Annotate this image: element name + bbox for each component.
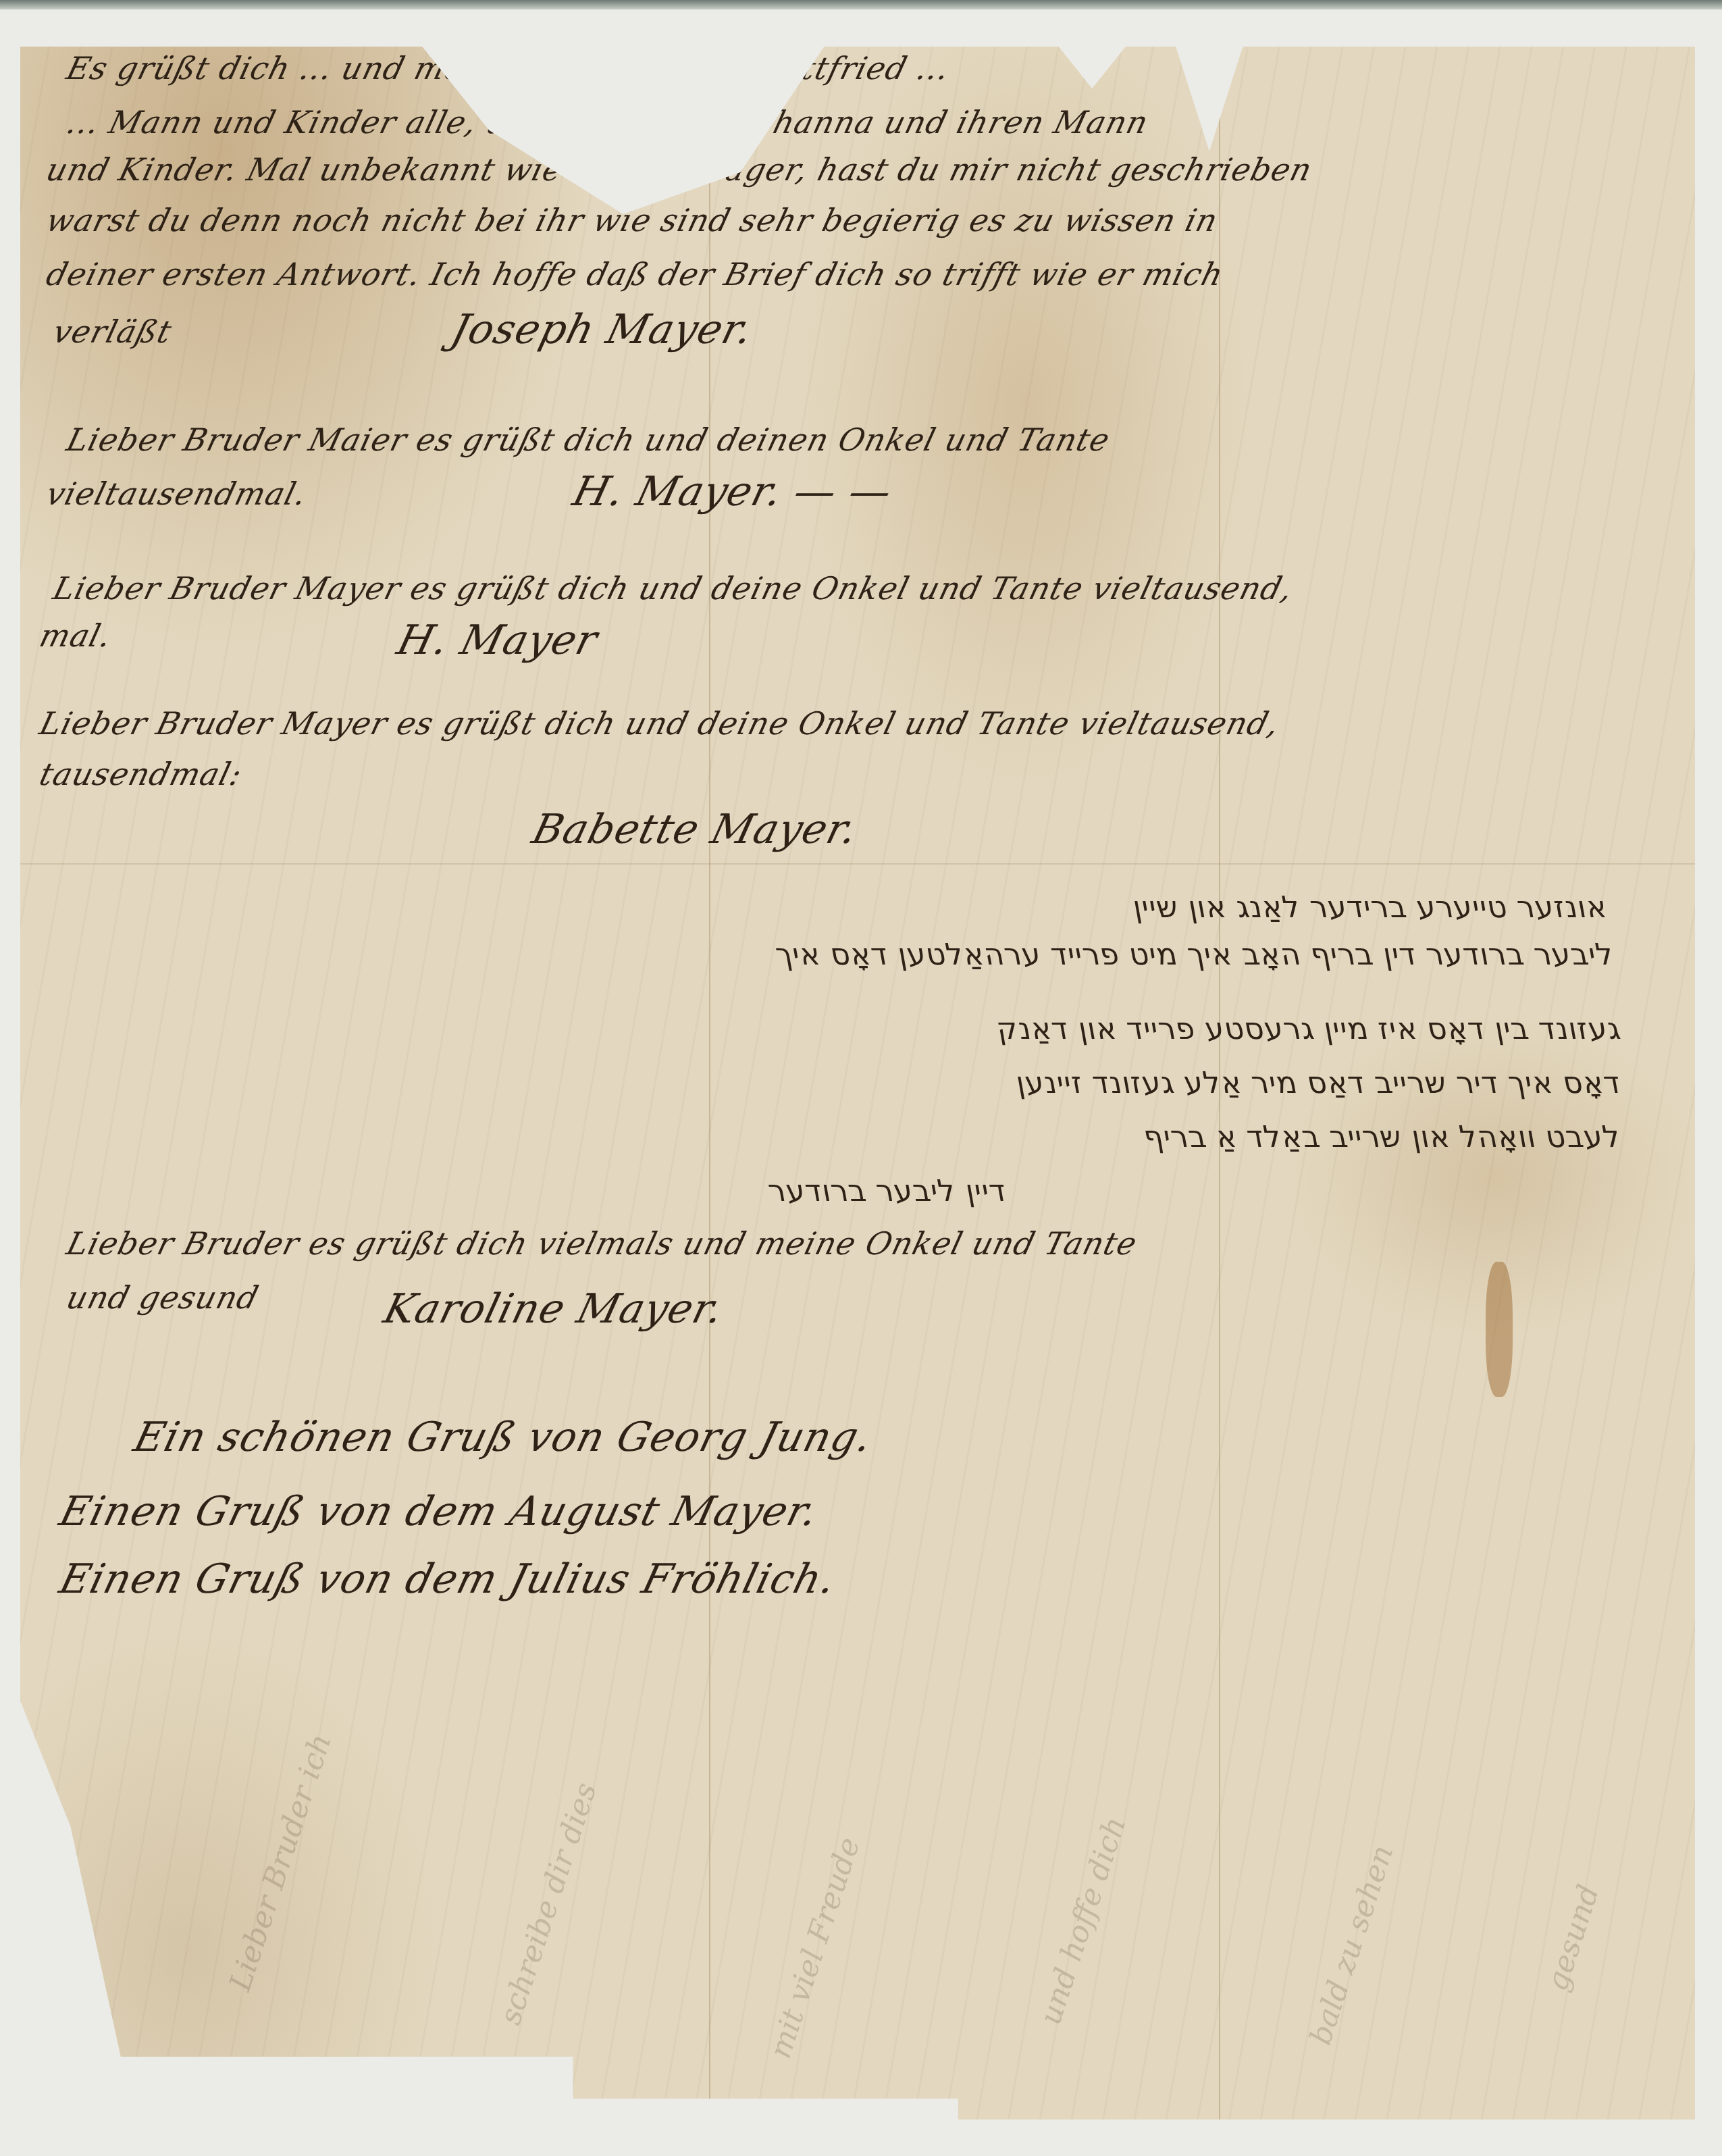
bleed-through-text: und hoffe dich bbox=[1033, 1813, 1132, 2029]
bleed-through-text: gesund bbox=[1540, 1880, 1606, 1995]
signature-h-mayer-2: H. Mayer bbox=[394, 620, 602, 661]
letter-line: deiner ersten Antwort. Ich hoffe daß der… bbox=[43, 259, 1226, 290]
hebrew-line: דאָס איך דיר שרייב דאַס מיר אַלע געזונד … bbox=[1014, 1066, 1624, 1100]
signature-joseph-mayer: Joseph Mayer. bbox=[448, 309, 757, 350]
letter-line: Lieber Bruder Maier es grüßt dich und de… bbox=[63, 424, 1113, 455]
letter-line: und gesund bbox=[63, 1282, 262, 1313]
letter-line: ... Mann und Kinder alle, und Schwester … bbox=[63, 107, 1151, 138]
bleed-through-text: Lieber Bruder ich bbox=[223, 1730, 338, 1995]
letter-line: Lieber Bruder Mayer es grüßt dich und de… bbox=[36, 708, 1282, 739]
letter-line: tausendmal: bbox=[36, 759, 245, 790]
letter-line: warst du denn noch nicht bei ihr wie sin… bbox=[43, 205, 1221, 236]
letter-page: Lieber Bruder ich schreibe dir dies mit … bbox=[20, 26, 1695, 2120]
letter-line: Lieber Bruder es grüßt dich vielmals und… bbox=[63, 1228, 1140, 1259]
hebrew-line: דיין ליבער ברודער bbox=[766, 1174, 1010, 1208]
letter-line: Lieber Bruder Mayer es grüßt dich und de… bbox=[50, 573, 1296, 604]
hebrew-line: לעבט וואָהל און שרייב באַלד אַ בריף bbox=[1141, 1120, 1624, 1154]
signature-babette-mayer: Babette Mayer. bbox=[529, 809, 862, 850]
signature-h-mayer: H. Mayer. — — bbox=[569, 471, 896, 512]
greeting-georg-jung: Ein schönen Gruß von Georg Jung. bbox=[130, 1417, 877, 1458]
greeting-august-mayer: Einen Gruß von dem August Mayer. bbox=[56, 1491, 823, 1532]
fold-crease bbox=[20, 863, 1695, 865]
greeting-julius-froehlich: Einen Gruß von dem Julius Fröhlich. bbox=[56, 1559, 840, 1599]
scanner-frame-edge bbox=[0, 0, 1722, 9]
bleed-through-text: schreibe dir dies bbox=[493, 1778, 604, 2029]
letter-line: verläßt bbox=[50, 316, 175, 347]
letter-line: mal. bbox=[36, 620, 115, 651]
ink-stain bbox=[1486, 1262, 1513, 1397]
letter-line: Es grüßt dich ... und meine liebe Cousin… bbox=[63, 53, 953, 84]
letter-line: und Kinder. Mal unbekannt wie der Schwag… bbox=[43, 154, 1315, 185]
hebrew-line: ליבער ברודער דין בריף האָב איך מיט פרייד… bbox=[773, 938, 1617, 972]
bleed-through-text: bald zu sehen bbox=[1303, 1841, 1401, 2049]
bleed-through-text: mit viel Freude bbox=[763, 1833, 867, 2063]
hebrew-line: אונזער טייערע ברידער לאַנג און שיין bbox=[1130, 890, 1611, 925]
hebrew-line: געזונד בין דאָס איז מיין גרעסטע פרייד או… bbox=[994, 1012, 1624, 1046]
signature-karoline-mayer: Karoline Mayer. bbox=[380, 1289, 728, 1329]
letter-line: vieltausendmal. bbox=[43, 478, 310, 509]
